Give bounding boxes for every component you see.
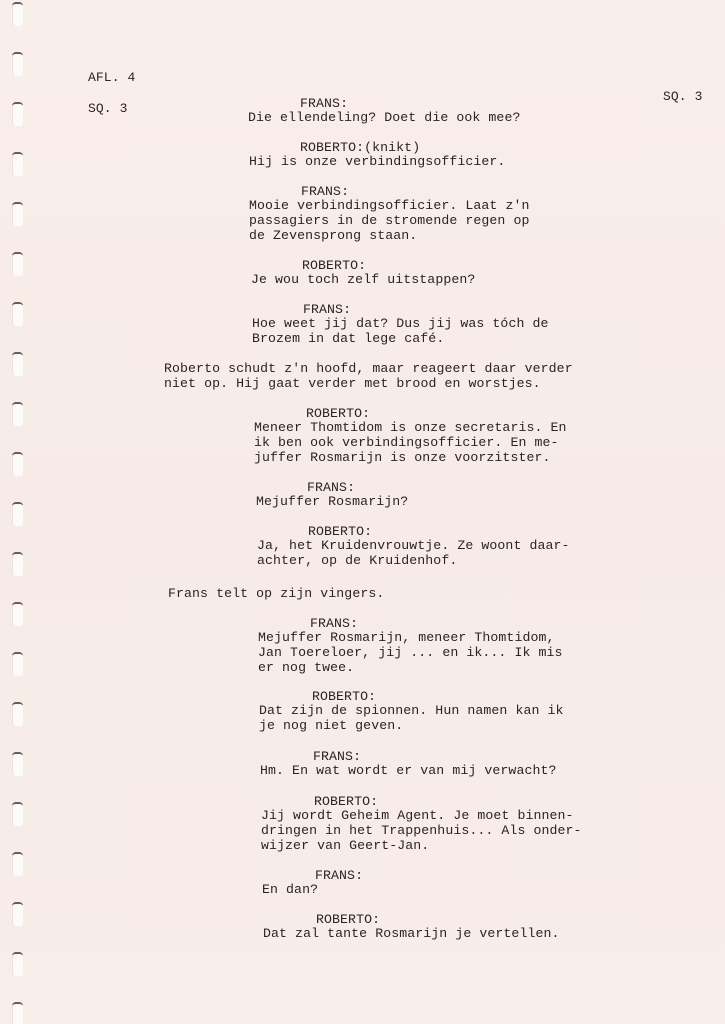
speaker-name: FRANS: bbox=[313, 749, 361, 764]
dialogue-text: Hoe weet jij dat? Dus jij was tóch de Br… bbox=[252, 316, 549, 346]
binder-hole bbox=[12, 752, 23, 776]
action-text: Frans telt op zijn vingers. bbox=[168, 586, 384, 601]
binder-hole bbox=[12, 152, 23, 176]
binder-hole bbox=[12, 102, 23, 126]
script-page: AFL. 4 SQ. 3 SQ. 3 FRANS:Die ellendeling… bbox=[0, 0, 725, 1024]
dialogue-text: Mejuffer Rosmarijn? bbox=[256, 494, 408, 509]
binder-hole bbox=[12, 1002, 23, 1024]
binder-hole bbox=[12, 602, 23, 626]
dialogue-text: En dan? bbox=[262, 882, 318, 897]
speaker-name: ROBERTO: bbox=[308, 524, 372, 539]
speaker-name: ROBERTO: bbox=[314, 794, 378, 809]
speaker-name: ROBERTO: bbox=[312, 689, 376, 704]
dialogue-text: Die ellendeling? Doet die ook mee? bbox=[248, 110, 520, 125]
binder-hole bbox=[12, 952, 23, 976]
binder-hole bbox=[12, 52, 23, 76]
dialogue-text: Jij wordt Geheim Agent. Je moet binnen- … bbox=[261, 808, 582, 853]
speaker-name: FRANS: bbox=[303, 302, 351, 317]
speaker-name: FRANS: bbox=[315, 868, 363, 883]
dialogue-text: Meneer Thomtidom is onze secretaris. En … bbox=[254, 420, 567, 465]
binder-hole bbox=[12, 452, 23, 476]
episode-label: AFL. 4 bbox=[88, 70, 135, 85]
action-text: Roberto schudt z'n hoofd, maar reageert … bbox=[164, 361, 573, 391]
binder-hole bbox=[12, 252, 23, 276]
dialogue-text: Je wou toch zelf uitstappen? bbox=[251, 272, 475, 287]
binder-hole bbox=[12, 652, 23, 676]
speaker-name: ROBERTO: bbox=[306, 406, 370, 421]
dialogue-text: Hm. En wat wordt er van mij verwacht? bbox=[260, 763, 557, 778]
speaker-name: FRANS: bbox=[307, 480, 355, 495]
dialogue-text: Ja, het Kruidenvrouwtje. Ze woont daar- … bbox=[257, 538, 570, 568]
dialogue-text: Mejuffer Rosmarijn, meneer Thomtidom, Ja… bbox=[258, 630, 563, 675]
binder-hole bbox=[12, 552, 23, 576]
binder-hole bbox=[12, 802, 23, 826]
dialogue-text: Dat zijn de spionnen. Hun namen kan ik j… bbox=[259, 703, 564, 733]
speaker-name: ROBERTO:(knikt) bbox=[300, 140, 420, 155]
sequence-label-right: SQ. 3 bbox=[663, 89, 703, 104]
binder-hole bbox=[12, 902, 23, 926]
speaker-name: ROBERTO: bbox=[316, 912, 380, 927]
binder-hole bbox=[12, 352, 23, 376]
binder-hole bbox=[12, 852, 23, 876]
sequence-label-left: SQ. 3 bbox=[88, 101, 128, 116]
binder-hole bbox=[12, 702, 23, 726]
binder-hole bbox=[12, 302, 23, 326]
speaker-name: FRANS: bbox=[310, 616, 358, 631]
binder-hole bbox=[12, 502, 23, 526]
dialogue-text: Mooie verbindingsofficier. Laat z'n pass… bbox=[249, 198, 529, 243]
dialogue-text: Hij is onze verbindingsofficier. bbox=[249, 154, 505, 169]
binder-hole bbox=[12, 202, 23, 226]
binder-hole bbox=[12, 402, 23, 426]
dialogue-text: Dat zal tante Rosmarijn je vertellen. bbox=[263, 926, 560, 941]
binder-holes bbox=[12, 0, 32, 1024]
speaker-name: ROBERTO: bbox=[302, 258, 366, 273]
binder-hole bbox=[12, 2, 23, 26]
speaker-name: FRANS: bbox=[301, 184, 349, 199]
speaker-name: FRANS: bbox=[300, 96, 348, 111]
